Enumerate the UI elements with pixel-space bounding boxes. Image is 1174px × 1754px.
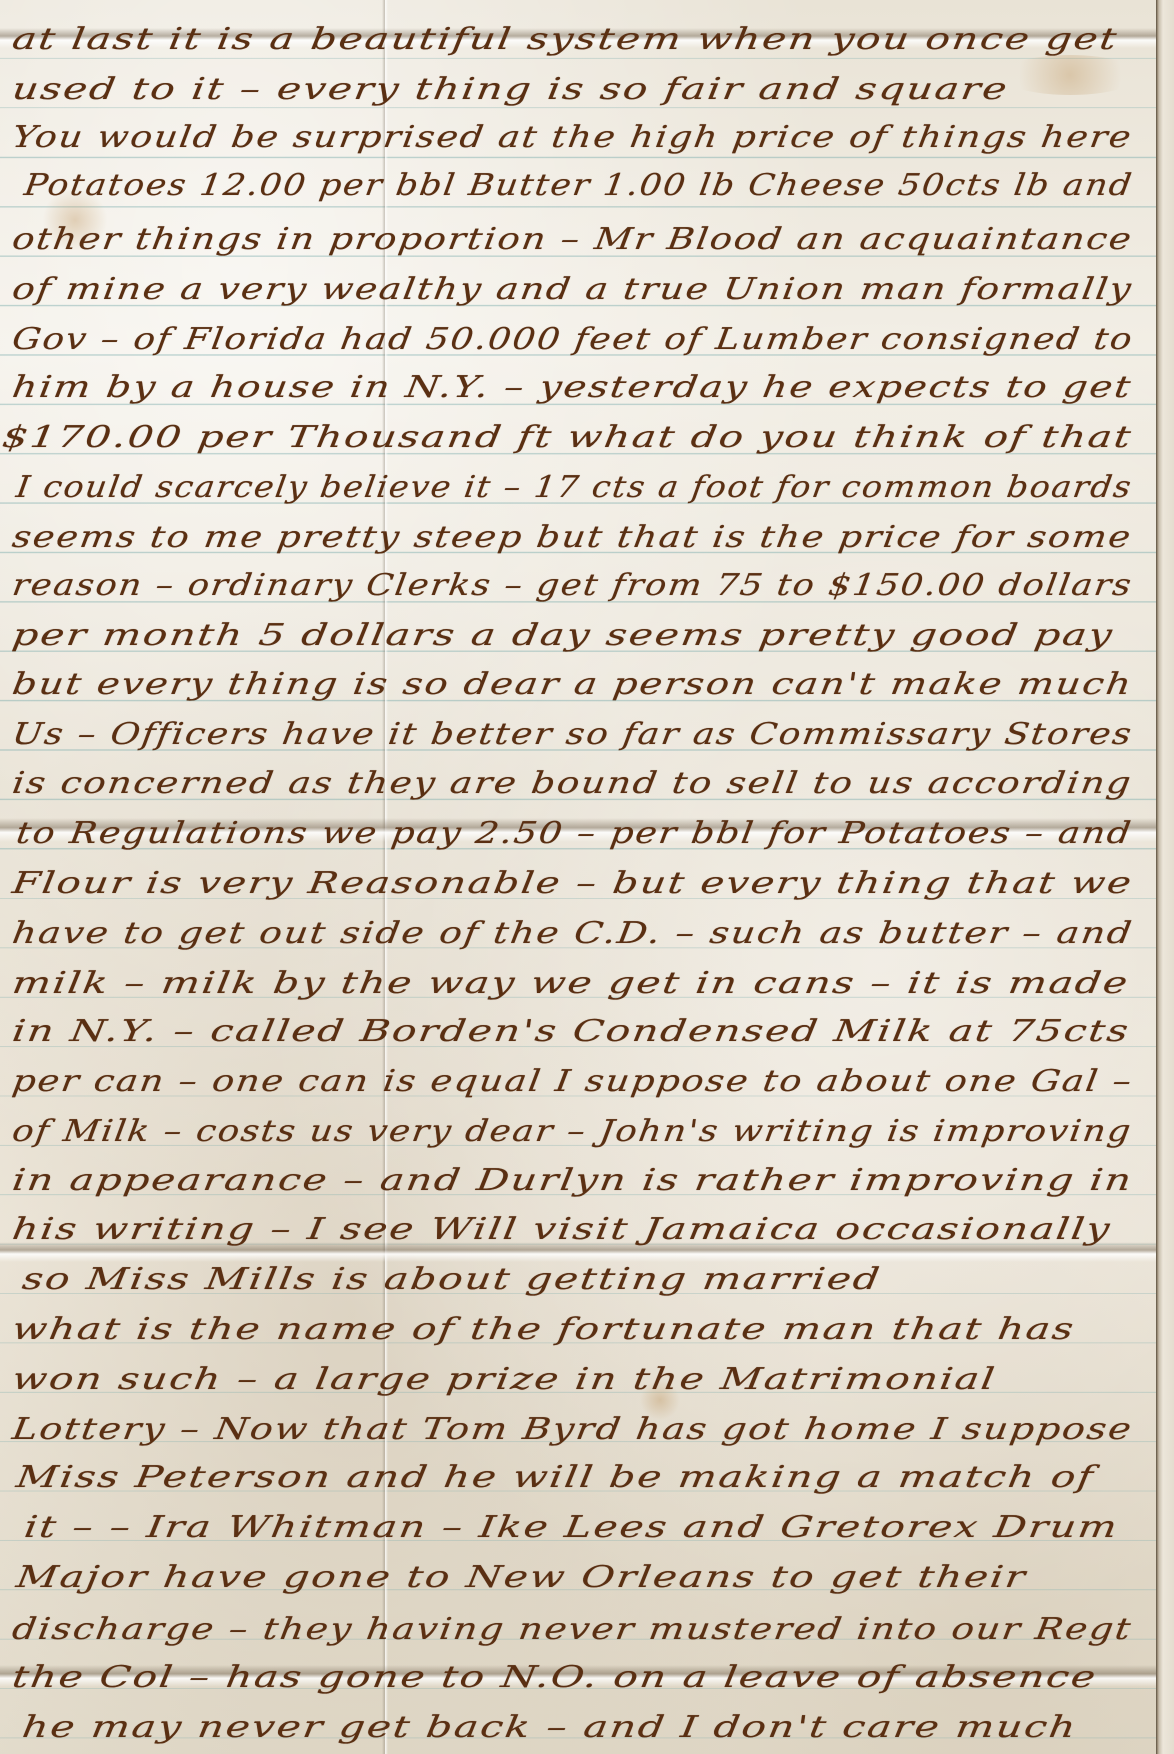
text-line: Lottery – Now that Tom Byrd has got home…: [10, 1412, 1135, 1447]
text-line: is concerned as they are bound to sell t…: [10, 766, 1135, 801]
text-line: what is the name of the fortunate man th…: [10, 1312, 1077, 1347]
text-line: seems to me pretty steep but that is the…: [10, 520, 1134, 555]
text-line: reason – ordinary Clerks – get from 75 t…: [10, 568, 1135, 603]
text-line: You would be surprised at the high price…: [10, 120, 1135, 155]
text-line: of mine a very wealthy and a true Union …: [10, 272, 1135, 307]
text-line: $170.00 per Thousand ft what do you thin…: [0, 420, 1135, 455]
text-line: at last it is a beautiful system when yo…: [10, 22, 1121, 57]
adjacent-page-edge: [1156, 0, 1174, 1754]
text-line: so Miss Mills is about getting married: [20, 1262, 883, 1297]
text-line: won such – a large prize in the Matrimon…: [10, 1362, 999, 1397]
text-line: of Milk – costs us very dear – John's wr…: [10, 1114, 1134, 1149]
text-line: milk – milk by the way we get in cans – …: [10, 966, 1132, 1001]
text-line: the Col – has gone to N.O. on a leave of…: [10, 1660, 1100, 1695]
text-line: to Regulations we pay 2.50 – per bbl for…: [14, 816, 1135, 851]
text-line: but every thing is so dear a person can'…: [10, 667, 1135, 702]
text-line: Flour is very Reasonable – but every thi…: [10, 866, 1135, 901]
text-line: Us – Officers have it better so far as C…: [10, 717, 1135, 752]
text-line: him by a house in N.Y. – yesterday he ex…: [10, 370, 1134, 405]
text-line: per can – one can is equal I suppose to …: [10, 1064, 1135, 1099]
text-line: in appearance – and Durlyn is rather imp…: [10, 1163, 1135, 1198]
text-line: he may never get back – and I don't care…: [20, 1710, 1080, 1745]
text-line: in N.Y. – called Borden's Condensed Milk…: [10, 1014, 1132, 1049]
text-line: Miss Peterson and he will be making a ma…: [14, 1460, 1097, 1495]
handwritten-text: at last it is a beautiful system when yo…: [0, 0, 1157, 1754]
text-line: Gov – of Florida had 50.000 feet of Lumb…: [10, 322, 1136, 357]
text-line: Major have gone to New Orleans to get th…: [14, 1560, 1029, 1595]
text-line: Potatoes 12.00 per bbl Butter 1.00 lb Ch…: [22, 168, 1135, 203]
text-line: discharge – they having never mustered i…: [10, 1612, 1134, 1647]
letter-sheet: at last it is a beautiful system when yo…: [0, 0, 1174, 1754]
text-line: his writing – I see Will visit Jamaica o…: [10, 1212, 1114, 1247]
text-line: I could scarcely believe it – 17 cts a f…: [14, 470, 1135, 505]
text-line: used to it – every thing is so fair and …: [10, 72, 1011, 107]
text-line: per month 5 dollars a day seems pretty g…: [10, 618, 1116, 653]
text-line: other things in proportion – Mr Blood an…: [10, 222, 1135, 257]
text-line: it – – Ira Whitman – Ike Lees and Gretor…: [22, 1510, 1121, 1545]
text-line: have to get out side of the C.D. – such …: [10, 916, 1135, 951]
